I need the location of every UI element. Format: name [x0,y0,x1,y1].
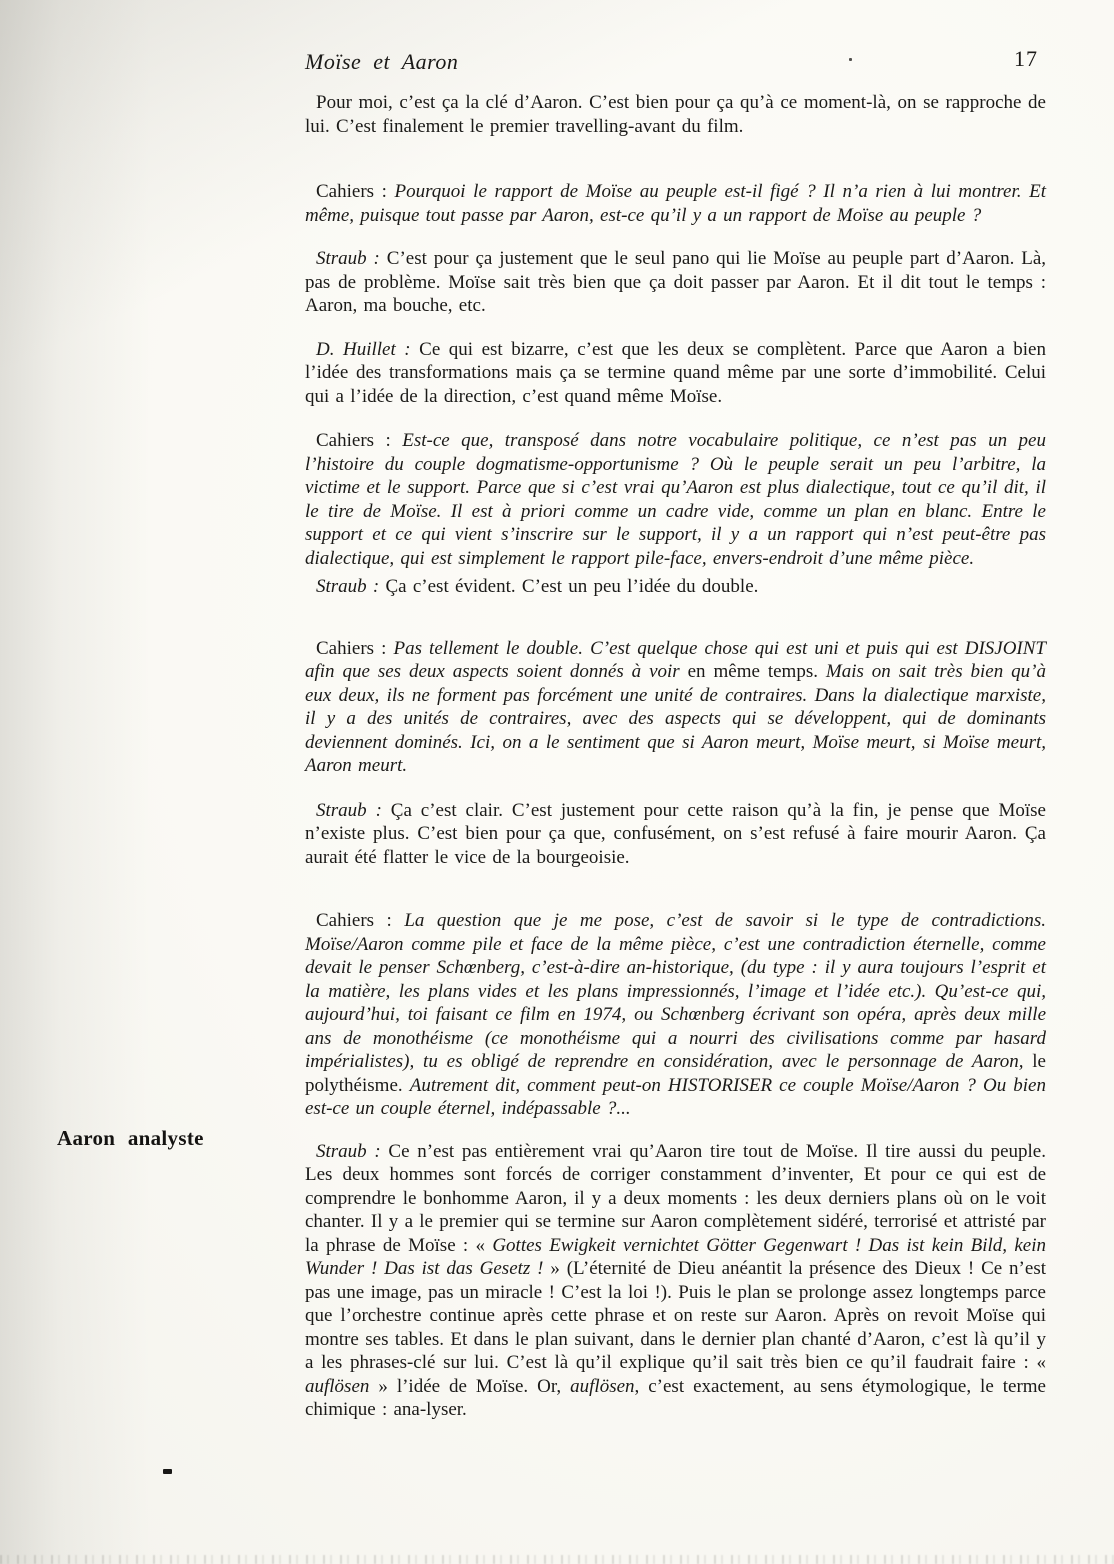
text-segment: Straub : [316,248,387,269]
page-number: 17 [1014,46,1038,72]
text-segment: auflösen [570,1376,634,1397]
text-segment: Autrement dit, comment peut-on HISTORISE… [305,1075,1046,1120]
paragraph-cahiers-2: Cahiers : Est-ce que, transposé dans not… [305,429,1046,570]
running-title: Moïse et Aaron [305,49,458,75]
text-segment: Ça c’est évident. C’est un peu l’idée du… [386,576,759,597]
ink-speck [849,58,852,61]
text-segment: Est-ce que, transposé dans notre vocabul… [305,430,1046,569]
text-segment: Straub : [316,576,386,597]
text-segment: Straub : [316,1141,388,1162]
text-segment: Pourquoi le rapport de Moïse au peuple e… [305,181,1046,226]
text-segment: La question que je me pose, c’est de sav… [305,910,1046,1072]
text-segment: en même temps. [688,661,826,682]
scan-bottom-noise [0,1555,1114,1564]
paragraph-huillet-1: D. Huillet : Ce qui est bizarre, c’est q… [305,338,1046,409]
ink-speck [163,1469,172,1474]
text-segment: auflösen [305,1376,369,1397]
scanned-magazine-page: Moïse et Aaron 17 Aaron analyste Pour mo… [0,0,1114,1564]
text-segment: D. Huillet : [316,339,419,360]
paragraph-cahiers-1: Cahiers : Pourquoi le rapport de Moïse a… [305,180,1046,227]
paragraph-cahiers-4: Cahiers : La question que je me pose, c’… [305,909,1046,1121]
paragraph-straub-4: Straub : Ce n’est pas entièrement vrai q… [305,1140,1046,1422]
paragraph-straub-1: Straub : C’est pour ça justement que le … [305,247,1046,318]
paragraph-straub-2: Straub : Ça c’est évident. C’est un peu … [305,575,1046,599]
margin-heading: Aaron analyste [57,1126,204,1151]
paragraph-cahiers-3: Cahiers : Pas tellement le double. C’est… [305,637,1046,778]
text-segment: Cahiers : [316,638,393,659]
text-segment: Straub : [316,800,391,821]
article-body: Pour moi, c’est ça la clé d’Aaron. C’est… [305,91,1046,1422]
paragraph-straub-3: Straub : Ça c’est clair. C’est justement… [305,799,1046,870]
text-segment: Ça c’est clair. C’est justement pour cet… [305,800,1046,868]
text-segment: Cahiers : [316,910,404,931]
text-segment: Cahiers : [316,430,402,451]
text-segment: Pour moi, c’est ça la clé d’Aaron. C’est… [305,92,1046,137]
text-segment: C’est pour ça justement que le seul pano… [305,248,1046,316]
text-segment: Cahiers : [316,181,395,202]
text-segment: » l’idée de Moïse. Or, [369,1376,570,1397]
paragraph-straub-suite: Pour moi, c’est ça la clé d’Aaron. C’est… [305,91,1046,138]
